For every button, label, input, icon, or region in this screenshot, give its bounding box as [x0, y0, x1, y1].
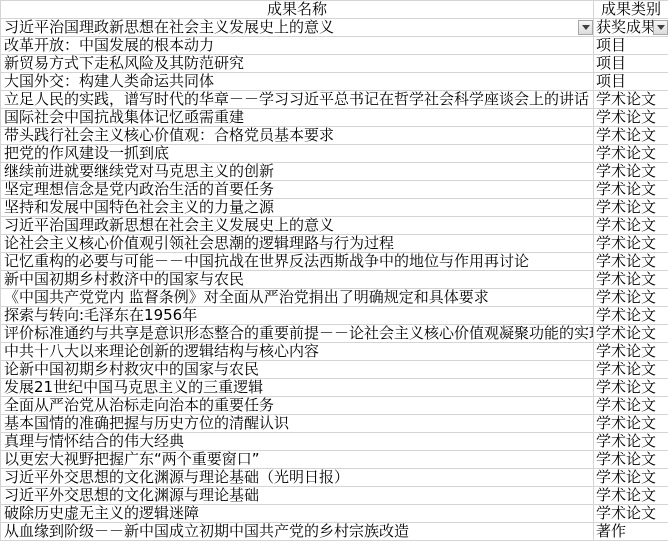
result-name-cell[interactable]: 记忆重构的必要与可能－－中国抗战在世界反法西斯战争中的地位与作用再讨论 [1, 253, 594, 271]
result-name-cell[interactable]: 继续前进就要继续党对马克思主义的创新 [1, 163, 594, 181]
table-row: 论新中国初期乡村救灾中的国家与农民学术论文 [1, 361, 668, 379]
table-body: 习近平治国理政新思想在社会主义发展史上的意义获奖成果改革开放：中国发展的根本动力… [1, 19, 668, 541]
result-name-cell[interactable]: 新中国初期乡村救济中的国家与农民 [1, 271, 594, 289]
result-category-cell[interactable]: 学术论文 [594, 451, 668, 469]
spreadsheet: 成果名称 成果类别 习近平治国理政新思想在社会主义发展史上的意义获奖成果改革开放… [0, 0, 668, 541]
result-category-cell[interactable]: 学术论文 [594, 397, 668, 415]
result-category-cell[interactable]: 学术论文 [594, 109, 668, 127]
table-row: 真理与情怀结合的伟大经典学术论文 [1, 433, 668, 451]
result-category-cell[interactable]: 学术论文 [594, 235, 668, 253]
table-row: 发展21世纪中国马克思主义的三重逻辑学术论文 [1, 379, 668, 397]
result-name-cell[interactable]: 坚定理想信念是党内政治生活的首要任务 [1, 181, 594, 199]
result-category-cell[interactable]: 学术论文 [594, 307, 668, 325]
table-row: 习近平外交思想的文化渊源与理论基础（光明日报）学术论文 [1, 469, 668, 487]
result-category-cell[interactable]: 学术论文 [594, 163, 668, 181]
table-row: 记忆重构的必要与可能－－中国抗战在世界反法西斯战争中的地位与作用再讨论学术论文 [1, 253, 668, 271]
result-category-cell[interactable]: 学术论文 [594, 181, 668, 199]
result-name-cell[interactable]: 《中国共产党党内 监督条例》对全面从严治党捐出了明确规定和具体要求 [1, 289, 594, 307]
table-row: 全面从严治党从治标走向治本的重要任务学术论文 [1, 397, 668, 415]
result-name-cell[interactable]: 习近平外交思想的文化渊源与理论基础（光明日报） [1, 469, 594, 487]
result-name-cell[interactable]: 带头践行社会主义核心价值观：合格党员基本要求 [1, 127, 594, 145]
result-category-cell[interactable]: 学术论文 [594, 253, 668, 271]
table-row: 习近平外交思想的文化渊源与理论基础学术论文 [1, 487, 668, 505]
result-category-cell[interactable]: 项目 [594, 55, 668, 73]
category-cell-dropdown-button[interactable] [653, 20, 668, 35]
result-name-cell[interactable]: 大国外交：构建人类命运共同体 [1, 73, 594, 91]
result-category-cell[interactable]: 学术论文 [594, 361, 668, 379]
result-name-cell[interactable]: 破除历史虚无主义的逻辑迷障 [1, 505, 594, 523]
result-category-cell[interactable]: 项目 [594, 37, 668, 55]
table-row: 评价标准通约与共享是意识形态整合的重要前提－－论社会主义核心价值观凝聚功能的实现… [1, 325, 668, 343]
result-name-cell[interactable]: 全面从严治党从治标走向治本的重要任务 [1, 397, 594, 415]
result-category-cell[interactable]: 学术论文 [594, 379, 668, 397]
table-row: 新中国初期乡村救济中的国家与农民学术论文 [1, 271, 668, 289]
table-row: 坚持和发展中国特色社会主义的力量之源学术论文 [1, 199, 668, 217]
table-row: 以更宏大视野把握广东“两个重要窗口”学术论文 [1, 451, 668, 469]
result-name-cell[interactable]: 真理与情怀结合的伟大经典 [1, 433, 594, 451]
result-name-cell[interactable]: 改革开放：中国发展的根本动力 [1, 37, 594, 55]
result-name-cell[interactable]: 国际社会中国抗战集体记忆亟需重建 [1, 109, 594, 127]
header-row: 成果名称 成果类别 [1, 1, 668, 19]
table-row: 习近平治国理政新思想在社会主义发展史上的意义获奖成果 [1, 19, 668, 37]
result-category-cell[interactable]: 学术论文 [594, 127, 668, 145]
table-row: 论社会主义核心价值观引领社会思潮的逻辑理路与行为过程学术论文 [1, 235, 668, 253]
table-row: 坚定理想信念是党内政治生活的首要任务学术论文 [1, 181, 668, 199]
result-name-cell[interactable]: 习近平治国理政新思想在社会主义发展史上的意义 [1, 19, 594, 37]
result-category-cell[interactable]: 学术论文 [594, 505, 668, 523]
table-row: 大国外交：构建人类命运共同体项目 [1, 73, 668, 91]
result-category-cell[interactable]: 学术论文 [594, 415, 668, 433]
result-name-cell[interactable]: 新贸易方式下走私风险及其防范研究 [1, 55, 594, 73]
result-category-cell[interactable]: 学术论文 [594, 469, 668, 487]
result-name-cell[interactable]: 习近平治国理政新思想在社会主义发展史上的意义 [1, 217, 594, 235]
result-category-cell[interactable]: 学术论文 [594, 289, 668, 307]
column-header-result-name[interactable]: 成果名称 [1, 1, 594, 19]
result-category-cell[interactable]: 学术论文 [594, 91, 668, 109]
result-category-cell[interactable]: 学术论文 [594, 325, 668, 343]
result-name-cell[interactable]: 把党的作风建设一抓到底 [1, 145, 594, 163]
table-row: 从血缘到阶级－－新中国成立初期中国共产党的乡村宗族改造著作 [1, 523, 668, 541]
chevron-down-icon [582, 25, 590, 30]
table-row: 把党的作风建设一抓到底学术论文 [1, 145, 668, 163]
table-row: 《中国共产党党内 监督条例》对全面从严治党捐出了明确规定和具体要求学术论文 [1, 289, 668, 307]
result-name-cell[interactable]: 基本国情的准确把握与历史方位的清醒认识 [1, 415, 594, 433]
result-name-cell[interactable]: 从血缘到阶级－－新中国成立初期中国共产党的乡村宗族改造 [1, 523, 594, 541]
table-row: 中共十八大以来理论创新的逻辑结构与核心内容学术论文 [1, 343, 668, 361]
table-row: 立足人民的实践，谱写时代的华章－－学习习近平总书记在哲学社会科学座谈会上的讲话学… [1, 91, 668, 109]
result-category-cell[interactable]: 学术论文 [594, 145, 668, 163]
table-row: 习近平治国理政新思想在社会主义发展史上的意义学术论文 [1, 217, 668, 235]
result-name-cell[interactable]: 探索与转向:毛泽东在1956年 [1, 307, 594, 325]
result-category-cell[interactable]: 学术论文 [594, 433, 668, 451]
table-row: 改革开放：中国发展的根本动力项目 [1, 37, 668, 55]
results-table: 成果名称 成果类别 习近平治国理政新思想在社会主义发展史上的意义获奖成果改革开放… [0, 0, 668, 541]
table-row: 基本国情的准确把握与历史方位的清醒认识学术论文 [1, 415, 668, 433]
result-name-cell[interactable]: 习近平外交思想的文化渊源与理论基础 [1, 487, 594, 505]
result-name-cell[interactable]: 以更宏大视野把握广东“两个重要窗口” [1, 451, 594, 469]
result-category-cell[interactable]: 学术论文 [594, 487, 668, 505]
result-name-cell[interactable]: 坚持和发展中国特色社会主义的力量之源 [1, 199, 594, 217]
result-category-cell[interactable]: 获奖成果 [594, 19, 668, 37]
table-row: 继续前进就要继续党对马克思主义的创新学术论文 [1, 163, 668, 181]
result-category-cell[interactable]: 学术论文 [594, 199, 668, 217]
table-row: 国际社会中国抗战集体记忆亟需重建学术论文 [1, 109, 668, 127]
result-category-cell[interactable]: 项目 [594, 73, 668, 91]
result-name-cell[interactable]: 评价标准通约与共享是意识形态整合的重要前提－－论社会主义核心价值观凝聚功能的实现 [1, 325, 594, 343]
table-row: 破除历史虚无主义的逻辑迷障学术论文 [1, 505, 668, 523]
result-name-cell[interactable]: 中共十八大以来理论创新的逻辑结构与核心内容 [1, 343, 594, 361]
column-header-result-category[interactable]: 成果类别 [594, 1, 668, 19]
table-row: 带头践行社会主义核心价值观：合格党员基本要求学术论文 [1, 127, 668, 145]
chevron-down-icon [657, 25, 665, 30]
result-name-cell[interactable]: 论新中国初期乡村救灾中的国家与农民 [1, 361, 594, 379]
result-name-cell[interactable]: 立足人民的实践，谱写时代的华章－－学习习近平总书记在哲学社会科学座谈会上的讲话 [1, 91, 594, 109]
result-name-cell[interactable]: 论社会主义核心价值观引领社会思潮的逻辑理路与行为过程 [1, 235, 594, 253]
result-category-cell[interactable]: 学术论文 [594, 343, 668, 361]
result-category-cell[interactable]: 学术论文 [594, 271, 668, 289]
name-cell-dropdown-button[interactable] [578, 20, 593, 35]
result-category-cell[interactable]: 著作 [594, 523, 668, 541]
table-row: 新贸易方式下走私风险及其防范研究项目 [1, 55, 668, 73]
table-row: 探索与转向:毛泽东在1956年学术论文 [1, 307, 668, 325]
result-category-cell[interactable]: 学术论文 [594, 217, 668, 235]
result-name-cell[interactable]: 发展21世纪中国马克思主义的三重逻辑 [1, 379, 594, 397]
